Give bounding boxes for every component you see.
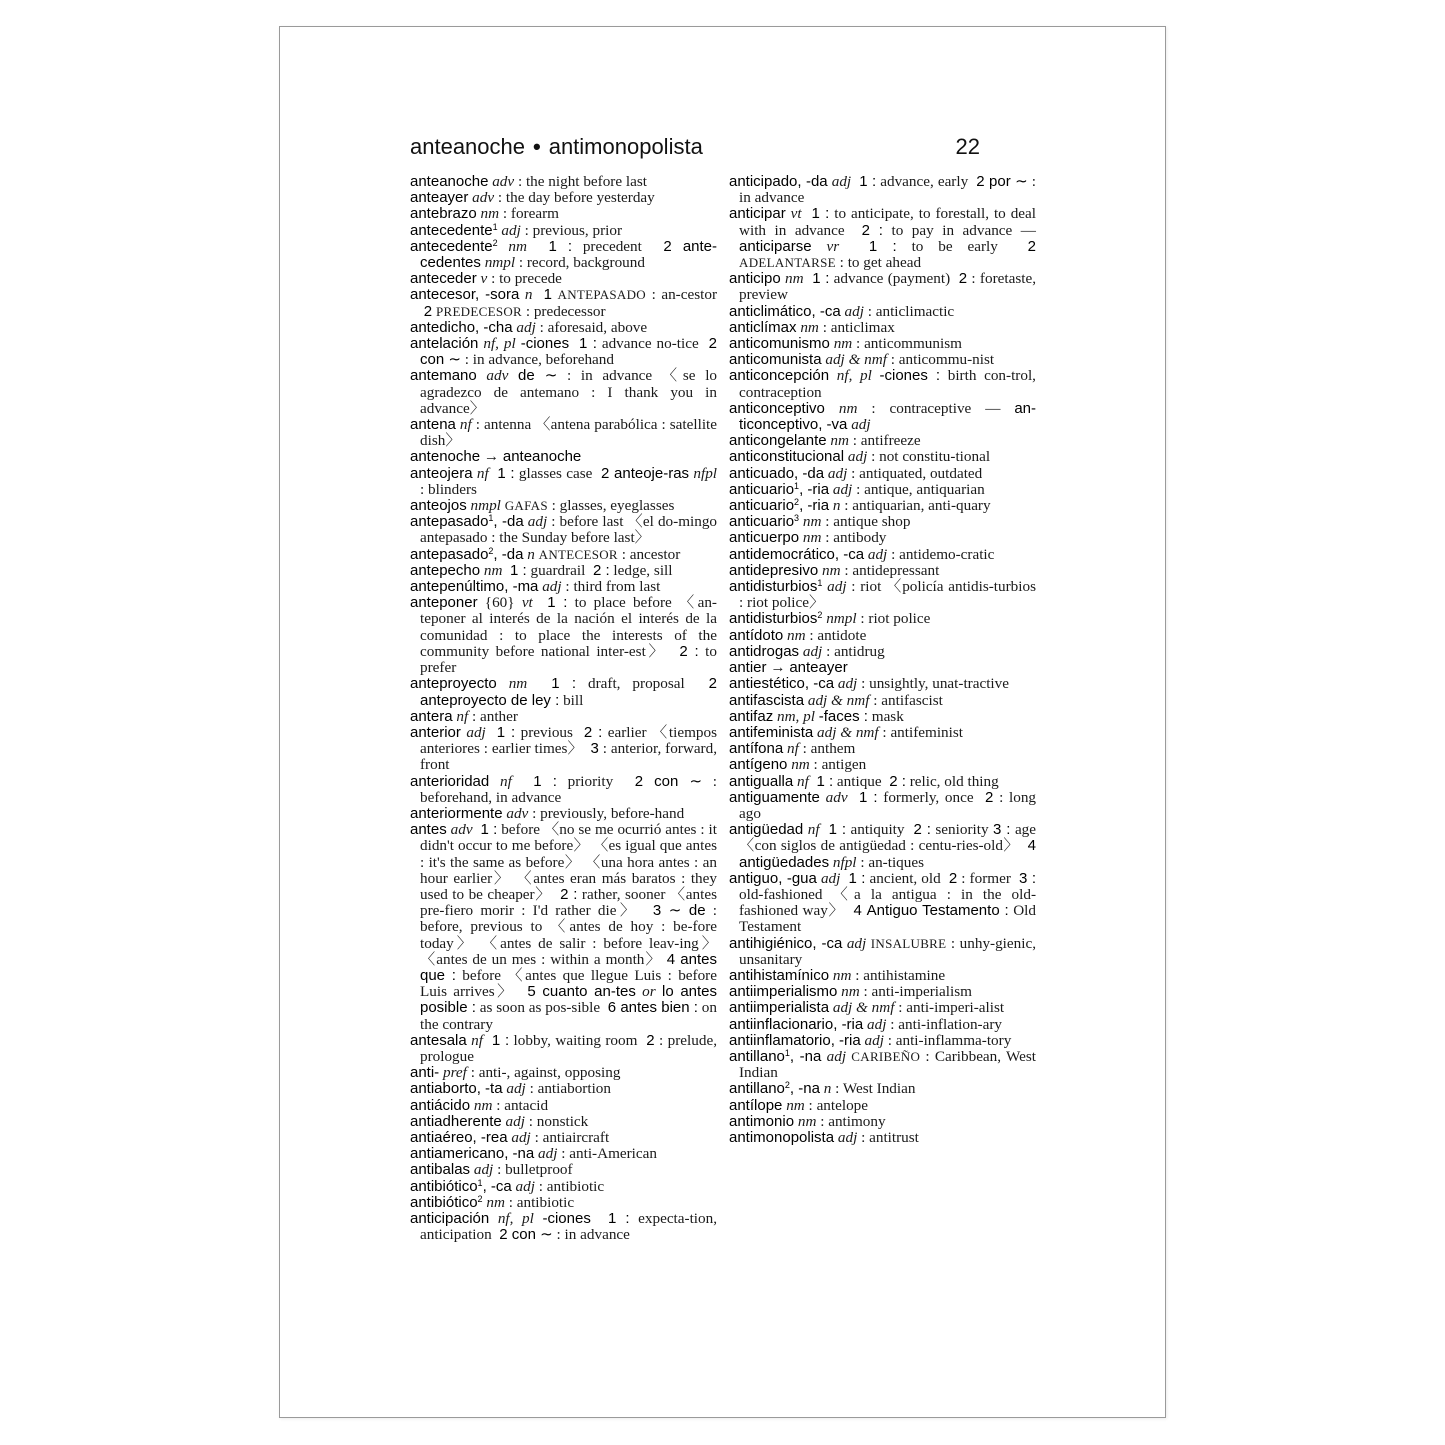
dictionary-entry: anteojera nf 1 : glasses case 2 anteoje-… [410,466,717,498]
dictionary-entry: anterioridad nf 1 : priority 2 con ∼ : b… [410,774,717,806]
dictionary-entry: antiimperialista adj & nmf : anti-imperi… [729,1000,1036,1016]
dictionary-entry: antibiótico2 nm : antibiotic [410,1195,717,1211]
dictionary-entry: anticonceptivo nm : contraceptive — an-t… [729,401,1036,433]
dictionary-entry: antecedente1 adj : previous, prior [410,223,717,239]
dictionary-entry: anticipar vt 1 : to anticipate, to fores… [729,206,1036,271]
dictionary-entry: antífona nf : anthem [729,741,1036,757]
dictionary-entry: antihigiénico, -ca adj INSALUBRE : unhy-… [729,936,1036,968]
dictionary-entry: anticuario1, -ria adj : antique, antiqua… [729,482,1036,498]
dictionary-entry: anteceder v : to precede [410,271,717,287]
page-header: anteanoche•antimonopolista 22 [410,134,980,164]
dictionary-entry: antiadherente adj : nonstick [410,1114,717,1130]
dictionary-entry: anticuario3 nm : antique shop [729,514,1036,530]
dictionary-entry: anteojos nmpl GAFAS : glasses, eyeglasse… [410,498,717,514]
dictionary-entry: antemano adv de ∼ : in advance 〈se lo ag… [410,368,717,417]
dictionary-entry: antecedente2 nm 1 : precedent 2 ante-ced… [410,239,717,271]
dictionary-entry: antepasado1, -da adj : before last 〈el d… [410,514,717,546]
dictionary-entry: antiinflamatorio, -ria adj : anti-inflam… [729,1033,1036,1049]
dictionary-entry: antibalas adj : bulletproof [410,1162,717,1178]
dictionary-entry: anticonstitucional adj : not constitu-ti… [729,449,1036,465]
dictionary-entry: antera nf : anther [410,709,717,725]
dictionary-entry: antecesor, -sora n 1 ANTEPASADO : an-ces… [410,287,717,319]
dictionary-entry: antenoche → anteanoche [410,449,717,465]
right-column: anticipado, -da adj 1 : advance, early 2… [729,174,1036,1146]
guide-words: anteanoche•antimonopolista [410,134,703,160]
dictionary-entry: anteriormente adv : previously, before-h… [410,806,717,822]
dictionary-entry: antiaborto, -ta adj : antiabortion [410,1081,717,1097]
dictionary-entry: antiácido nm : antacid [410,1098,717,1114]
dictionary-entry: antepasado2, -da n ANTECESOR : ancestor [410,547,717,563]
dictionary-entry: anticuario2, -ria n : antiquarian, anti-… [729,498,1036,514]
dictionary-entry: anti- pref : anti-, against, opposing [410,1065,717,1081]
dictionary-entry: antifaz nm, pl -faces : mask [729,709,1036,725]
dictionary-entry: antiguo, -gua adj 1 : ancient, old 2 : f… [729,871,1036,936]
dictionary-entry: antidisturbios2 nmpl : riot police [729,611,1036,627]
dictionary-entry: antibiótico1, -ca adj : antibiotic [410,1179,717,1195]
dictionary-entry: antifeminista adj & nmf : antifeminist [729,725,1036,741]
dictionary-entry: antimonio nm : antimony [729,1114,1036,1130]
dictionary-entry: antiestético, -ca adj : unsightly, unat-… [729,676,1036,692]
dictionary-entry: anteanoche adv : the night before last [410,174,717,190]
dictionary-entry: antillano1, -na adj CARIBEÑO : Caribbean… [729,1049,1036,1081]
dictionary-entry: anticongelante nm : antifreeze [729,433,1036,449]
dictionary-entry: antigualla nf 1 : antique 2 : relic, old… [729,774,1036,790]
dictionary-entry: anticipación nf, pl -ciones 1 : expecta-… [410,1211,717,1243]
dictionary-entry: antiinflacionario, -ria adj : anti-infla… [729,1017,1036,1033]
dictionary-entry: anticuerpo nm : antibody [729,530,1036,546]
dictionary-entry: anteponer {60} vt 1 : to place before 〈a… [410,595,717,676]
guide-word-first: anteanoche [410,134,525,159]
dictionary-entry: anteproyecto nm 1 : draft, proposal 2 an… [410,676,717,708]
dictionary-entry: antepenúltimo, -ma adj : third from last [410,579,717,595]
dictionary-entry: antiaéreo, -rea adj : antiaircraft [410,1130,717,1146]
dictionary-entry: antedicho, -cha adj : aforesaid, above [410,320,717,336]
dictionary-entry: antidisturbios1 adj : riot 〈policía anti… [729,579,1036,611]
dictionary-entry: antigüedad nf 1 : antiquity 2 : seniorit… [729,822,1036,871]
dictionary-entry: antes adv 1 : before 〈no se me ocurrió a… [410,822,717,1033]
dictionary-entry: antiguamente adv 1 : formerly, once 2 : … [729,790,1036,822]
dictionary-entry: antídoto nm : antidote [729,628,1036,644]
dictionary-entry: antidepresivo nm : antidepressant [729,563,1036,579]
dictionary-entry: anterior adj 1 : previous 2 : earlier 〈t… [410,725,717,774]
dictionary-entry: antidrogas adj : antidrug [729,644,1036,660]
dictionary-entry: anteayer adv : the day before yesterday [410,190,717,206]
guide-word-last: antimonopolista [549,134,703,159]
dictionary-entry: antimonopolista adj : antitrust [729,1130,1036,1146]
page-number: 22 [956,134,980,160]
dictionary-entry: anticuado, -da adj : antiquated, outdate… [729,466,1036,482]
dictionary-entry: anticipado, -da adj 1 : advance, early 2… [729,174,1036,206]
dictionary-entry: antepecho nm 1 : guardrail 2 : ledge, si… [410,563,717,579]
dictionary-entry: anticomunista adj & nmf : anticommu-nist [729,352,1036,368]
left-column: anteanoche adv : the night before lastan… [410,174,717,1243]
dictionary-entry: anticlimático, -ca adj : anticlimactic [729,304,1036,320]
dictionary-entry: antifascista adj & nmf : antifascist [729,693,1036,709]
dictionary-entry: antiamericano, -na adj : anti-American [410,1146,717,1162]
dictionary-entry: antiimperialismo nm : anti-imperialism [729,984,1036,1000]
dictionary-entry: antebrazo nm : forearm [410,206,717,222]
dictionary-entry: anticlímax nm : anticlimax [729,320,1036,336]
dictionary-entry: antena nf : antenna 〈antena parabólica :… [410,417,717,449]
dictionary-entry: anticipo nm 1 : advance (payment) 2 : fo… [729,271,1036,303]
dictionary-entry: anticoncepción nf, pl -ciones : birth co… [729,368,1036,400]
dictionary-entry: antesala nf 1 : lobby, waiting room 2 : … [410,1033,717,1065]
dictionary-entry: antígeno nm : antigen [729,757,1036,773]
dictionary-entry: antillano2, -na n : West Indian [729,1081,1036,1097]
dictionary-entry: antílope nm : antelope [729,1098,1036,1114]
dictionary-entry: antidemocrático, -ca adj : antidemo-crat… [729,547,1036,563]
dictionary-entry: anticomunismo nm : anticommunism [729,336,1036,352]
guide-separator: • [533,134,541,160]
dictionary-entry: antihistamínico nm : antihistamine [729,968,1036,984]
dictionary-entry: antier → anteayer [729,660,1036,676]
dictionary-entry: antelación nf, pl -ciones 1 : advance no… [410,336,717,368]
